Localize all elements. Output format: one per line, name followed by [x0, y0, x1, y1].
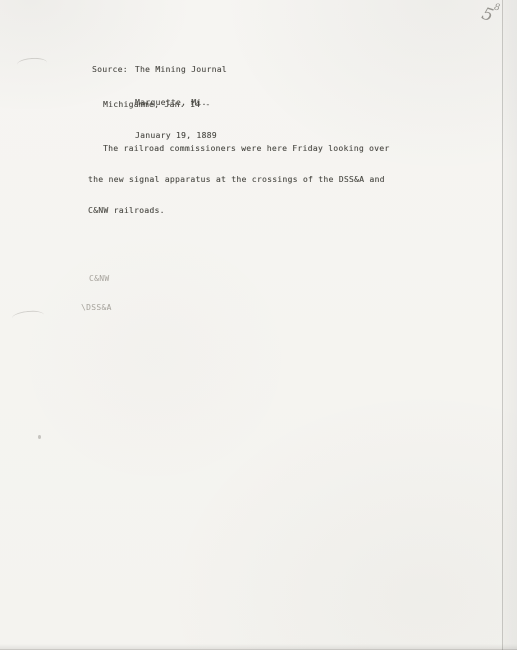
pencil-page-number: 58 [482, 3, 500, 25]
article-paragraph: The railroad commissioners were here Fri… [88, 123, 390, 237]
publication-name: The Mining Journal [135, 65, 227, 74]
source-label: Source: [92, 65, 128, 74]
scanned-document-page: 58 Source:The Mining Journal Marquette, … [0, 0, 517, 650]
body-line: The railroad commissioners were here Fri… [88, 144, 390, 154]
index-note: C&NW \DSS&A [81, 255, 112, 331]
source-line: Source:The Mining Journal [92, 64, 227, 75]
index-note-line: C&NW [81, 274, 112, 284]
body-line: C&NW railroads. [88, 206, 390, 216]
page-edge-right [502, 0, 517, 650]
dateline: Michigamme, Jan. 14 - [103, 99, 210, 110]
page-edge-bottom [0, 644, 517, 650]
pencil-digit-small: 8 [493, 3, 500, 14]
dust-speck [38, 435, 41, 439]
paperclip-mark-middle [12, 309, 45, 323]
index-note-line: \DSS&A [81, 303, 112, 313]
paperclip-mark-top [17, 57, 48, 70]
body-line: the new signal apparatus at the crossing… [88, 175, 390, 185]
